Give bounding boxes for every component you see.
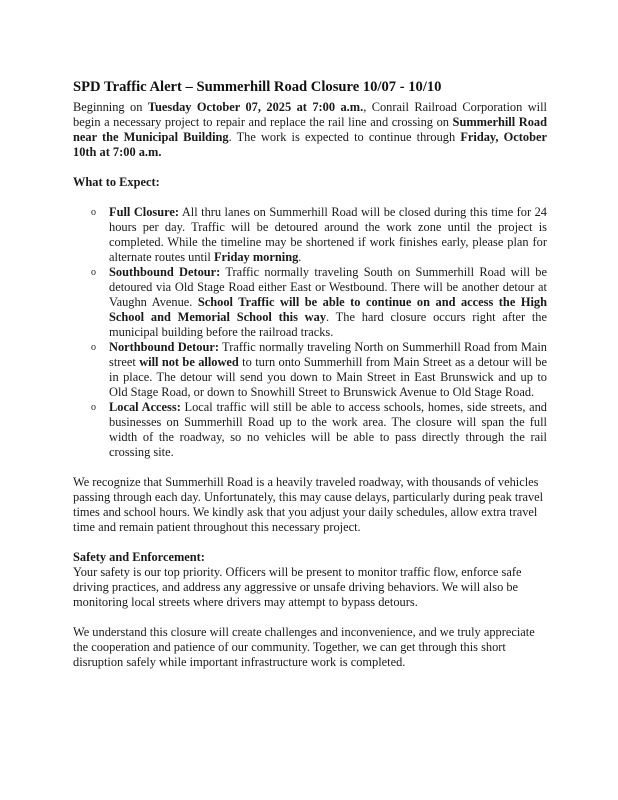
document-page: SPD Traffic Alert – Summerhill Road Clos…	[73, 78, 547, 685]
item-label: Northbound Detour:	[109, 340, 219, 354]
intro-text: Beginning on	[73, 100, 148, 114]
what-to-expect-heading: What to Expect:	[73, 175, 547, 190]
intro-text: . The work is expected to continue throu…	[229, 130, 461, 144]
item-label: Full Closure:	[109, 205, 179, 219]
document-title: SPD Traffic Alert – Summerhill Road Clos…	[73, 78, 547, 96]
item-emphasis: Friday morning	[214, 250, 298, 264]
recognize-paragraph: We recognize that Summerhill Road is a h…	[73, 475, 547, 535]
bullet-icon: o	[91, 340, 96, 355]
item-label: Southbound Detour:	[109, 265, 220, 279]
item-emphasis: will not be allowed	[139, 355, 239, 369]
list-item-northbound-detour: oNorthbound Detour: Traffic normally tra…	[73, 340, 547, 400]
item-text: .	[298, 250, 301, 264]
safety-paragraph: Your safety is our top priority. Officer…	[73, 565, 547, 610]
closing-paragraph: We understand this closure will create c…	[73, 625, 547, 670]
bullet-icon: o	[91, 400, 96, 415]
list-item-full-closure: oFull Closure: All thru lanes on Summerh…	[73, 205, 547, 265]
intro-start-date: Tuesday October 07, 2025 at 7:00 a.m.	[148, 100, 363, 114]
safety-heading: Safety and Enforcement:	[73, 550, 547, 565]
intro-paragraph: Beginning on Tuesday October 07, 2025 at…	[73, 100, 547, 160]
bullet-icon: o	[91, 265, 96, 280]
bullet-icon: o	[91, 205, 96, 220]
list-item-southbound-detour: oSouthbound Detour: Traffic normally tra…	[73, 265, 547, 340]
expectations-list: oFull Closure: All thru lanes on Summerh…	[73, 205, 547, 460]
list-item-local-access: oLocal Access: Local traffic will still …	[73, 400, 547, 460]
item-label: Local Access:	[109, 400, 181, 414]
